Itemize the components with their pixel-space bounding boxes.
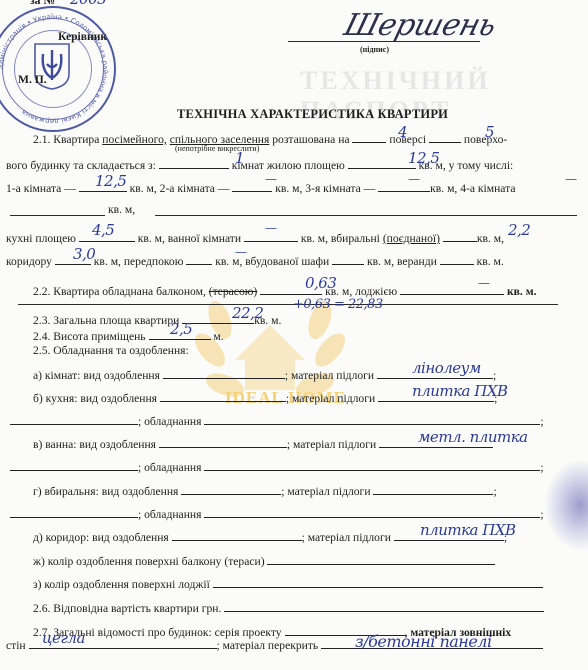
strike-note: (непотрібне викреслити) bbox=[175, 144, 259, 153]
floors-total-value: 5 bbox=[485, 123, 494, 141]
blank-line bbox=[10, 215, 105, 216]
s2-1-line5: кухні площею кв. м, ванної кімнати кв. м… bbox=[6, 230, 504, 246]
signature: Шершень bbox=[340, 8, 499, 43]
s2-5-label: 2.5. Обладнання та оздоблення: bbox=[33, 344, 189, 358]
hall-area-value: — bbox=[235, 245, 247, 259]
s2-6-line: 2.6. Відповідна вартість квартири грн. bbox=[33, 600, 544, 616]
loggia-color-line: з) колір оздоблення поверхні лоджії bbox=[33, 576, 543, 592]
ceiling-height-value: 2,5 bbox=[170, 320, 192, 338]
sqm-label: кв. м, bbox=[108, 203, 135, 217]
loggia-area-value: — bbox=[478, 276, 490, 290]
toilet-equipment-line: ; обладнання ; bbox=[10, 506, 544, 522]
room3-area-value: — bbox=[408, 172, 420, 186]
s2-2-line: 2.2. Квартира обладнана балконом, (терас… bbox=[33, 283, 537, 299]
blank-line bbox=[18, 304, 558, 305]
kitchen-floor-material: плитка ПХВ bbox=[412, 382, 508, 400]
s2-1-line1: 2.1. Квартира посімейного, спільного зас… bbox=[33, 131, 507, 147]
living-area-value: 12,5 bbox=[408, 149, 439, 167]
finish-toilet-line: г) вбиральня: вид оздоблення ; матеріал … bbox=[33, 483, 497, 499]
rooms-count-value: 1 bbox=[235, 149, 244, 167]
balcony-color-line: ж) колір оздоблення поверхні балкону (те… bbox=[33, 553, 495, 569]
seal-label: М. П. bbox=[18, 73, 47, 87]
ceiling-material-value: з/бетонні панелі bbox=[355, 632, 492, 651]
document-number: 2003 bbox=[70, 0, 106, 8]
room4-area-value: — bbox=[565, 172, 577, 186]
bath-area-value: — bbox=[265, 221, 277, 235]
s2-1-line3: 1-а кімната — кв. м, 2-а кімната — кв. м… bbox=[6, 180, 516, 196]
ink-stain bbox=[545, 460, 588, 550]
wall-material-value: цегла bbox=[42, 629, 85, 647]
total-area-annotation: +0,63 = 22,83 bbox=[293, 297, 383, 312]
official-stamp: адміністрація • Україна • Солом'янська р… bbox=[0, 6, 116, 132]
kitchen-area-value: 4,5 bbox=[92, 221, 114, 239]
bath-equipment-line: ; обладнання ; bbox=[10, 459, 544, 475]
corridor-floor-material: плитка ПХВ bbox=[420, 521, 516, 539]
balcony-area-value: 0,63 bbox=[305, 274, 336, 292]
rooms-floor-material: лінолеум bbox=[412, 359, 481, 377]
bath-floor-material: метл. плитка bbox=[418, 428, 528, 446]
signature-caption: (підпис) bbox=[360, 45, 389, 54]
floor-value: 4 bbox=[398, 123, 407, 141]
corridor-area-value: 3,0 bbox=[73, 245, 95, 263]
s2-4-line: 2.4. Висота приміщень м. bbox=[33, 328, 224, 344]
toilet-area-value: 2,2 bbox=[508, 221, 530, 239]
total-area-value: 22,2 bbox=[232, 304, 263, 322]
room1-area-value: 12,5 bbox=[95, 172, 126, 190]
page-title: ТЕХНІЧНА ХАРАКТЕРИСТИКА КВАРТИРИ bbox=[177, 107, 448, 122]
head-label: Керівник bbox=[58, 30, 107, 44]
blank-line bbox=[155, 215, 577, 216]
room2-area-value: — bbox=[265, 172, 277, 186]
kitchen-equipment-line: ; обладнання ; bbox=[10, 413, 544, 429]
